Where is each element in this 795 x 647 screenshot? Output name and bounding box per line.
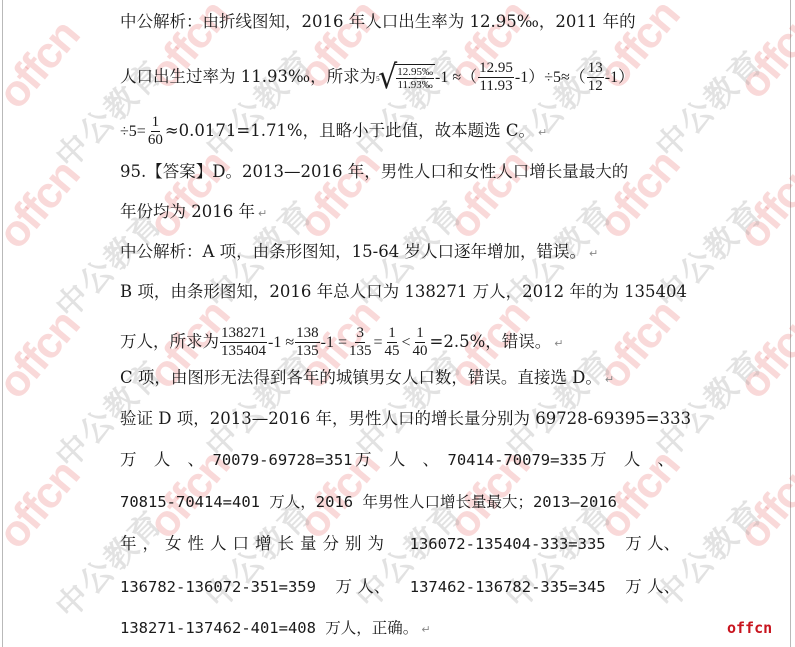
text: 中公解析：A 项，由条形图知，15-64 岁人口逐年增加，错误。 bbox=[120, 242, 586, 261]
text: 136072-135404-333=335 bbox=[410, 534, 606, 554]
text: 70815-70414=401 万人，2016 年男性人口增长量最大；2013—… bbox=[120, 493, 617, 511]
text: 70079-69728=351 bbox=[213, 450, 353, 470]
radical-icon: √ bbox=[378, 61, 397, 94]
verify-d-line-5: 136782-136072-351=359 万 人、 137462-136782… bbox=[120, 577, 680, 597]
text: 138271-137462-401=408 万人，正确。 bbox=[120, 619, 418, 637]
analysis-line-1: 中公解析：由折线图知，2016 年人口出生率为 12.95‰，2011 年的 bbox=[120, 12, 636, 32]
text: 万 人、 bbox=[335, 577, 390, 597]
fraction: 12.9511.93 bbox=[478, 60, 514, 95]
text: B 项，由条形图知，2016 年总人口为 138271 万人，2012 年的为 … bbox=[120, 282, 687, 301]
paragraph-mark-icon: ↵ bbox=[554, 337, 563, 350]
numerator: 3 bbox=[355, 325, 365, 343]
analysis-line-3: ÷5=160≈0.0171=1.71%，且略小于此值，故本题选 C。↵ bbox=[120, 114, 547, 134]
text: 万 人 、 bbox=[355, 450, 445, 470]
text: 万 人、 bbox=[625, 577, 680, 597]
numerator: 13 bbox=[587, 60, 604, 78]
text: 万 人 、 bbox=[590, 450, 680, 470]
text: 136782-136072-351=359 bbox=[120, 577, 316, 597]
denominator: 40 bbox=[412, 343, 429, 360]
verify-d-line-6: 138271-137462-401=408 万人，正确。↵ bbox=[120, 618, 431, 638]
verify-d-line-1: 验证 D 项，2013—2016 年，男性人口的增长量分别为 69728-693… bbox=[120, 409, 691, 429]
paragraph-mark-icon: ↵ bbox=[421, 623, 430, 636]
fraction: 12.95‰11.93‰ bbox=[396, 66, 434, 91]
offcn-brand-logo: offcn bbox=[727, 619, 772, 637]
text: 人口出生过率为 11.93‰，所求为 bbox=[120, 67, 376, 86]
verify-d-line-3: 70815-70414=401 万人，2016 年男性人口增长量最大；2013—… bbox=[120, 492, 617, 512]
fraction: 1312 bbox=[587, 60, 604, 95]
text: < bbox=[402, 334, 411, 351]
fraction: 145 bbox=[384, 325, 401, 360]
text: 年，女性人口增长量分别为 bbox=[120, 534, 390, 554]
verify-d-line-4: 年，女性人口增长量分别为 136072-135404-333=335 万 人、 bbox=[120, 534, 680, 554]
answer-95-line-1: 95.【答案】D。2013—2016 年，男性人口和女性人口增长量最大的 bbox=[120, 162, 628, 182]
denominator: 135 bbox=[348, 343, 373, 360]
analysis-b-line-2: 万人，所求为138271135404-1 ≈138135-1 =3135=145… bbox=[120, 325, 564, 345]
denominator: 12 bbox=[587, 78, 604, 95]
fraction: 140 bbox=[412, 325, 429, 360]
text: 70414-70079=335 bbox=[447, 450, 587, 470]
text: 137462-136782-335=345 bbox=[410, 577, 606, 597]
paragraph-mark-icon: ↵ bbox=[258, 207, 267, 220]
numerator: 12.95 bbox=[478, 60, 514, 78]
text: -1 ≈ bbox=[268, 334, 294, 351]
denominator: 60 bbox=[147, 132, 164, 149]
verify-d-line-2: 万 人 、 70079-69728=351 万 人 、 70414-70079=… bbox=[120, 450, 680, 470]
answer-95-line-2: 年份均为 2016 年↵ bbox=[120, 202, 267, 222]
numerator: 1 bbox=[387, 325, 397, 343]
text: -1）÷5≈（ bbox=[515, 69, 586, 86]
analysis-b-line-1: B 项，由条形图知，2016 年总人口为 138271 万人，2012 年的为 … bbox=[120, 282, 687, 302]
numerator: 138 bbox=[295, 325, 320, 343]
numerator: 1 bbox=[415, 325, 425, 343]
denominator: 45 bbox=[384, 343, 401, 360]
analysis-c-line: C 项，由图形无法得到各年的城镇男女人口数，错误。直接选 D。↵ bbox=[120, 368, 614, 388]
text: 验证 D 项，2013—2016 年，男性人口的增长量分别为 69728-693… bbox=[120, 409, 691, 428]
paragraph-mark-icon: ↵ bbox=[538, 126, 547, 139]
denominator: 135 bbox=[295, 343, 320, 360]
fraction: 160 bbox=[147, 114, 164, 149]
text: -1 = bbox=[321, 334, 347, 351]
text: -1 ≈（ bbox=[435, 69, 477, 86]
text: C 项，由图形无法得到各年的城镇男女人口数，错误。直接选 D。 bbox=[120, 368, 602, 387]
fraction: 3135 bbox=[348, 325, 373, 360]
text: 万人，所求为 bbox=[120, 332, 219, 351]
numerator: 1 bbox=[151, 114, 161, 132]
denominator: 135404 bbox=[220, 343, 267, 360]
text: 中公解析：由折线图知，2016 年人口出生率为 12.95‰，2011 年的 bbox=[120, 12, 636, 31]
denominator: 11.93 bbox=[478, 78, 513, 95]
paragraph-mark-icon: ↵ bbox=[605, 373, 614, 386]
fraction: 138135 bbox=[295, 325, 320, 360]
analysis-a-line: 中公解析：A 项，由条形图知，15-64 岁人口逐年增加，错误。↵ bbox=[120, 242, 598, 262]
fifth-root-expression: 5√12.95‰11.93‰ bbox=[376, 63, 435, 93]
text: =2.5%，错误。 bbox=[430, 332, 552, 351]
analysis-line-2: 人口出生过率为 11.93‰，所求为5√12.95‰11.93‰-1 ≈（12.… bbox=[120, 60, 634, 80]
numerator: 12.95‰ bbox=[396, 66, 434, 79]
text: 年份均为 2016 年 bbox=[120, 202, 255, 221]
text: 万 人、 bbox=[625, 534, 680, 554]
text: 95.【答案】D。2013—2016 年，男性人口和女性人口增长量最大的 bbox=[120, 162, 628, 181]
numerator: 138271 bbox=[220, 325, 267, 343]
denominator: 11.93‰ bbox=[396, 79, 433, 91]
text: ≈0.0171=1.71%，且略小于此值，故本题选 C。 bbox=[165, 121, 535, 140]
text: = bbox=[373, 334, 382, 351]
text: ÷5= bbox=[120, 123, 146, 140]
text: 万 人 、 bbox=[120, 450, 210, 470]
paragraph-mark-icon: ↵ bbox=[589, 247, 598, 260]
fraction: 138271135404 bbox=[220, 325, 267, 360]
text: -1） bbox=[605, 69, 634, 86]
